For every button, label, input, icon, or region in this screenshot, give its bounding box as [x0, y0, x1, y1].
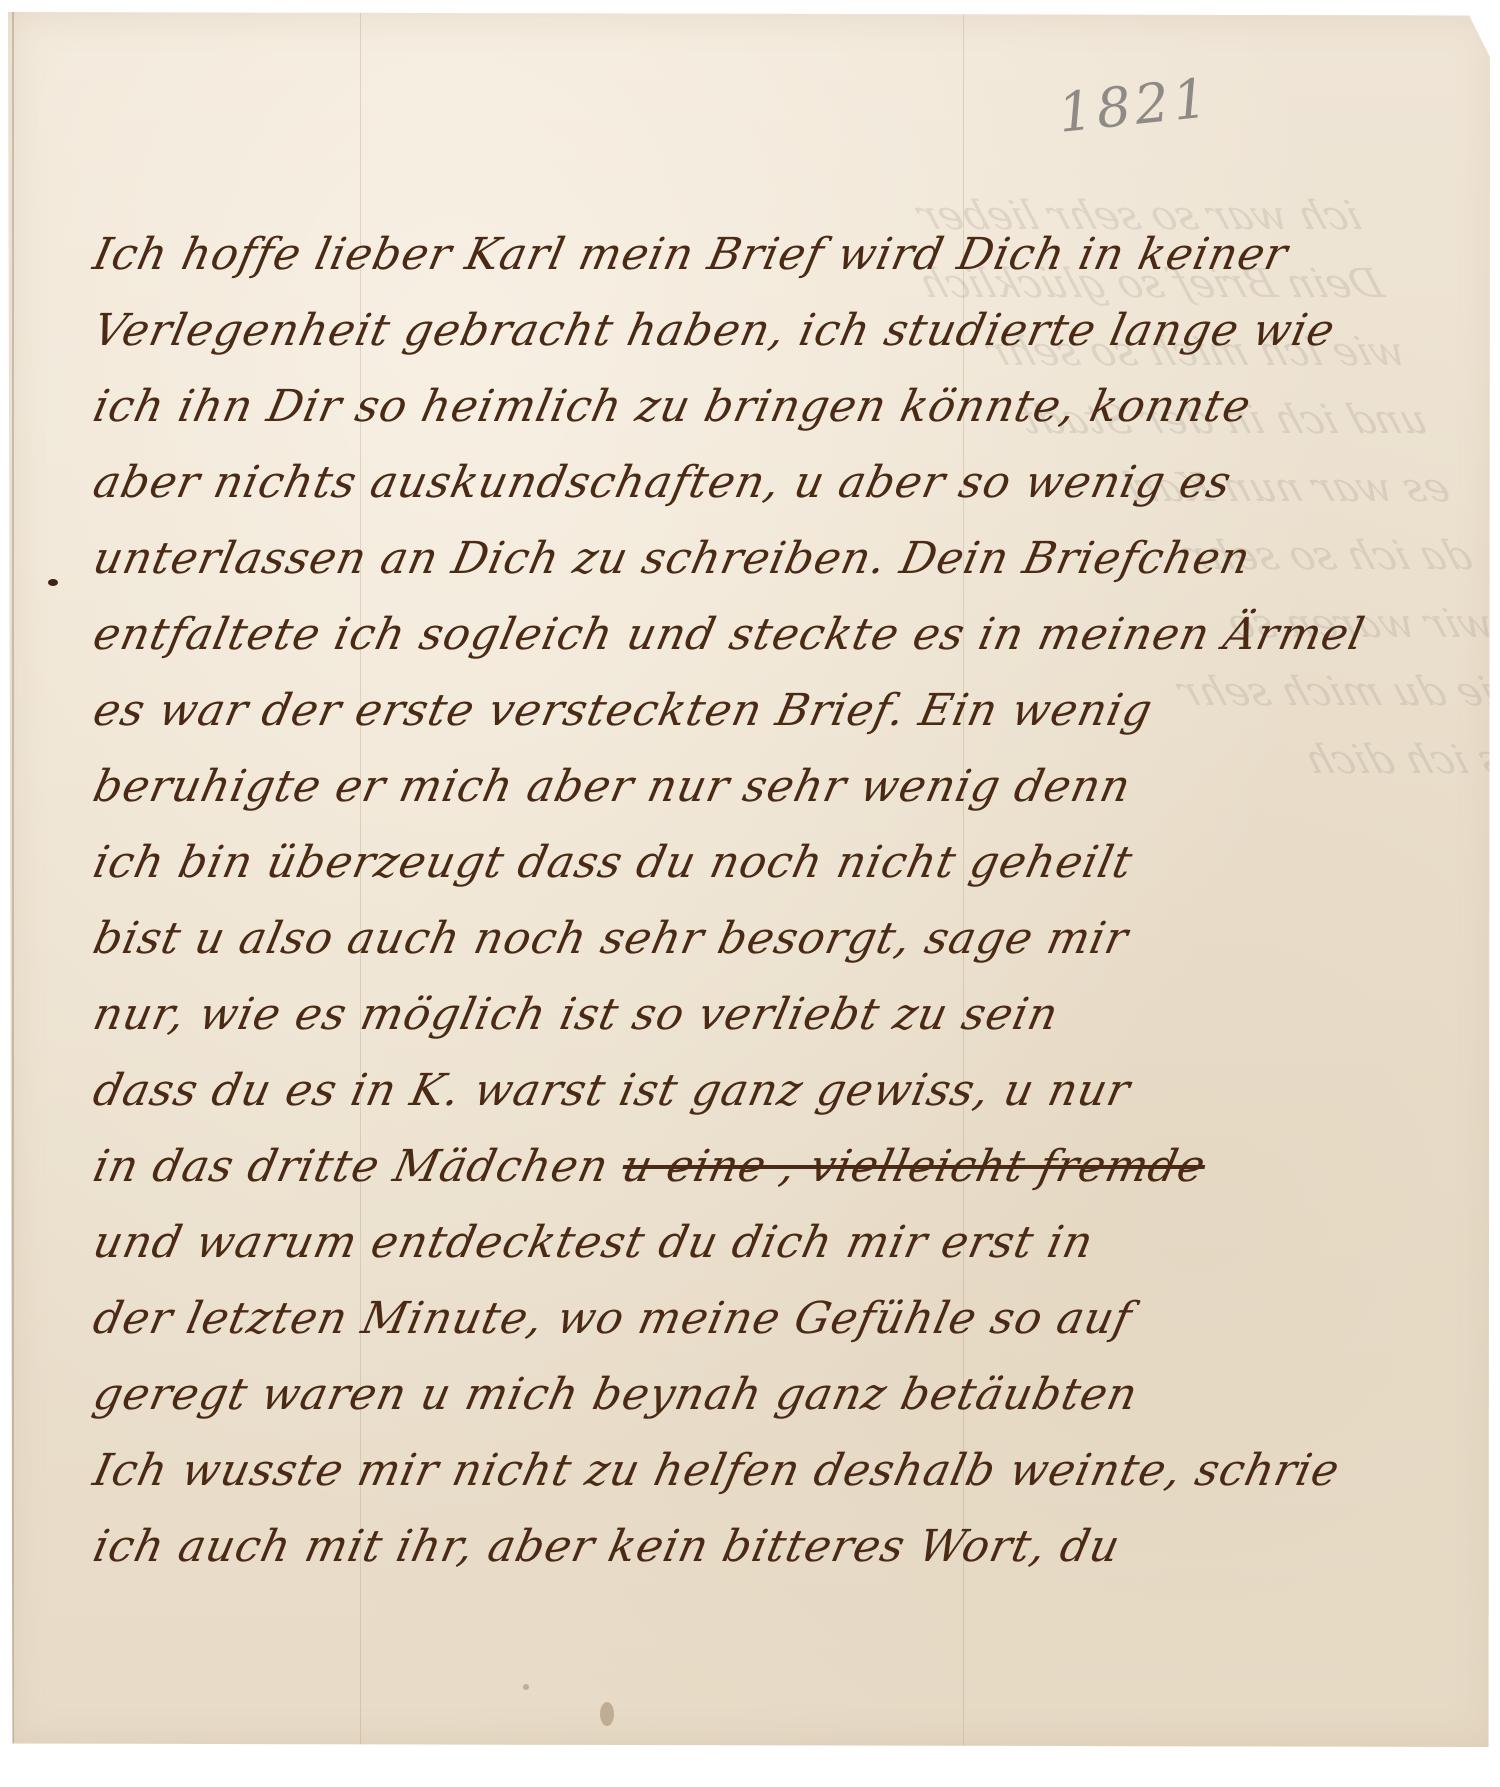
letter-line: und warum entdecktest du dich mir erst i…: [86, 1205, 1482, 1281]
letter-line: Ich wusste mir nicht zu helfen deshalb w…: [86, 1433, 1482, 1509]
struck-through-text: u eine , vielleicht fremde: [618, 1141, 1211, 1192]
letter-line: der letzten Minute, wo meine Gefühle so …: [86, 1281, 1482, 1357]
letter-line: aber nichts auskundschaften, u aber so w…: [86, 445, 1482, 521]
letter-line: Ich hoffe lieber Karl mein Brief wird Di…: [86, 217, 1482, 293]
letter-line: beruhigte er mich aber nur sehr wenig de…: [86, 749, 1482, 825]
letter-line: ich auch mit ihr, aber kein bitteres Wor…: [86, 1509, 1482, 1585]
letter-line: unterlassen an Dich zu schreiben. Dein B…: [86, 521, 1482, 597]
ink-stain: [523, 1684, 529, 1690]
letter-line: entfaltete ich sogleich und steckte es i…: [86, 597, 1482, 673]
letter-line: bist u also auch noch sehr besorgt, sage…: [86, 901, 1482, 977]
letter-line: dass du es in K. warst ist ganz gewiss, …: [86, 1053, 1482, 1129]
page-edge: [12, 12, 14, 1747]
letter-line: es war der erste versteckten Brief. Ein …: [86, 673, 1482, 749]
letter-page: ich war so sehr lieber Dein Brief so glü…: [8, 12, 1496, 1747]
letter-line-text: in das dritte Mädchen: [89, 1141, 614, 1192]
letter-line: ich bin überzeugt dass du noch nicht geh…: [86, 825, 1482, 901]
letter-line: geregt waren u mich beynah ganz betäubte…: [86, 1357, 1482, 1433]
margin-ink-dot: [48, 579, 58, 586]
letter-line: nur, wie es möglich ist so verliebt zu s…: [86, 977, 1482, 1053]
letter-line: in das dritte Mädchen u eine , vielleich…: [86, 1129, 1482, 1205]
ink-stain: [600, 1702, 614, 1726]
letter-line: Verlegenheit gebracht haben, ich studier…: [86, 293, 1482, 369]
letter-body: Ich hoffe lieber Karl mein Brief wird Di…: [86, 217, 1466, 1585]
letter-line: ich ihn Dir so heimlich zu bringen könnt…: [86, 369, 1482, 445]
archival-date-annotation: 1821: [1055, 66, 1214, 145]
